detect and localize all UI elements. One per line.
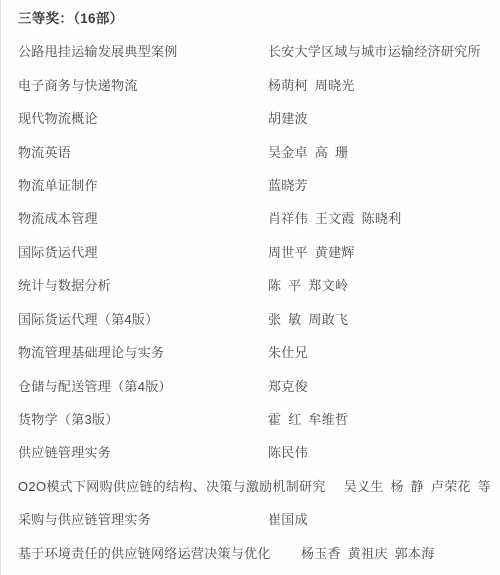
work-title: 仓储与配送管理（第4版） xyxy=(18,376,268,395)
work-authors: 蓝晓芳 xyxy=(268,175,308,194)
work-authors: 杨萌柯 周晓光 xyxy=(268,75,355,94)
award-row: O2O模式下网购供应链的结构、决策与激励机制研究 吴义生 杨 静 卢荣花 等 xyxy=(18,469,486,502)
work-authors: 陈民伟 xyxy=(268,442,308,461)
award-row: 电子商务与快递物流 杨萌柯 周晓光 xyxy=(18,67,486,100)
work-title: 物流成本管理 xyxy=(18,208,268,227)
work-authors: 周世平 黄建辉 xyxy=(268,242,355,261)
work-title: 公路甩挂运输发展典型案例 xyxy=(18,41,268,60)
work-authors: 陈 平 郑文岭 xyxy=(268,275,348,294)
award-row: 现代物流概论 胡建波 xyxy=(18,101,486,134)
section-heading: 三等奖：（16部） xyxy=(18,6,486,27)
work-title: 物流单证制作 xyxy=(18,175,268,194)
awards-document: 三等奖：（16部） 公路甩挂运输发展典型案例 长安大学区域与城市运输经济研究所 … xyxy=(0,0,500,575)
award-row: 货物学（第3版） 霍 红 牟维哲 xyxy=(18,402,486,435)
work-title: 采购与供应链管理实务 xyxy=(18,509,268,528)
award-row: 物流管理基础理论与实务 朱仕兄 xyxy=(18,335,486,368)
award-row: 物流英语 吴金卓 高 珊 xyxy=(18,134,486,167)
work-authors: 张 敏 周敢飞 xyxy=(268,309,348,328)
award-row: 采购与供应链管理实务 崔国成 xyxy=(18,502,486,535)
work-authors: 吴义生 杨 静 卢荣花 等 xyxy=(344,476,491,495)
work-authors: 郑克俊 xyxy=(268,376,308,395)
award-row: 供应链管理实务 陈民伟 xyxy=(18,435,486,468)
work-authors: 霍 红 牟维哲 xyxy=(268,409,348,428)
work-title: 物流英语 xyxy=(18,142,268,161)
work-authors: 肖祥伟 王文霞 陈晓利 xyxy=(268,208,402,227)
work-authors: 杨玉香 黄祖庆 郭本海 xyxy=(301,543,435,562)
work-authors: 长安大学区域与城市运输经济研究所 xyxy=(268,41,481,60)
work-authors: 吴金卓 高 珊 xyxy=(268,142,348,161)
work-title: 货物学（第3版） xyxy=(18,409,268,428)
work-authors: 崔国成 xyxy=(268,509,308,528)
work-title: 统计与数据分析 xyxy=(18,275,268,294)
award-row: 国际货运代理（第4版） 张 敏 周敢飞 xyxy=(18,302,486,335)
work-authors: 胡建波 xyxy=(268,108,308,127)
award-row: 公路甩挂运输发展典型案例 长安大学区域与城市运输经济研究所 xyxy=(18,34,486,67)
award-row: 基于环境责任的供应链网络运营决策与优化 杨玉香 黄祖庆 郭本海 xyxy=(18,536,486,569)
work-title: 供应链管理实务 xyxy=(18,442,268,461)
award-row: 国际货运代理 周世平 黄建辉 xyxy=(18,235,486,268)
work-title: 国际货运代理（第4版） xyxy=(18,309,268,328)
work-title: 基于环境责任的供应链网络运营决策与优化 xyxy=(18,543,301,562)
work-title: O2O模式下网购供应链的结构、决策与激励机制研究 xyxy=(18,476,326,495)
work-title: 现代物流概论 xyxy=(18,108,268,127)
award-row: 物流单证制作 蓝晓芳 xyxy=(18,168,486,201)
work-title: 物流管理基础理论与实务 xyxy=(18,342,268,361)
work-title: 国际货运代理 xyxy=(18,242,268,261)
award-row: 仓储与配送管理（第4版） 郑克俊 xyxy=(18,368,486,401)
work-authors: 朱仕兄 xyxy=(268,342,308,361)
work-title: 电子商务与快递物流 xyxy=(18,75,268,94)
award-row: 物流成本管理 肖祥伟 王文霞 陈晓利 xyxy=(18,201,486,234)
award-row: 统计与数据分析 陈 平 郑文岭 xyxy=(18,268,486,301)
